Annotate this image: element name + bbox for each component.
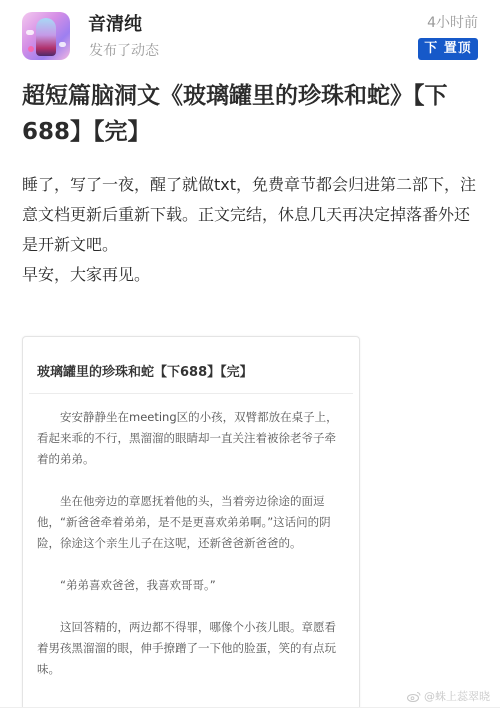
- post-body: 睡了，写了一夜，醒了就做txt，免费章节都会归进第二部下，注意文档更新后重新下载…: [22, 170, 482, 290]
- avatar-cloud-icon: [59, 42, 66, 47]
- document-title: 玻璃罐里的珍珠和蛇【下688】【完】: [37, 361, 253, 380]
- avatar-figure-icon: [36, 18, 56, 56]
- document-paragraph: 这回答精的，两边都不得罪，哪像个小孩儿眼。章愿看着男孩黑溜溜的眼，伸手撩蹭了一下…: [37, 617, 343, 680]
- timestamp: 4小时前: [427, 12, 478, 32]
- post-title: 超短篇脑洞文《玻璃罐里的珍珠和蛇》【下688】【完】: [22, 78, 482, 150]
- post-action-label: 发布了动态: [89, 40, 159, 60]
- document-paragraph: “弟弟喜欢爸爸，我喜欢哥哥。”: [37, 575, 343, 596]
- weibo-post-page: 音清纯 发布了动态 4小时前 下 置顶 超短篇脑洞文《玻璃罐里的珍珠和蛇》【下6…: [0, 0, 500, 708]
- document-paragraph: 安安静静坐在meeting区的小孩，双臂都放在桌子上，看起来乖的不行，黑溜溜的眼…: [37, 407, 343, 470]
- watermark: @蛛上蕊翠晓: [407, 688, 490, 704]
- document-screenshot[interactable]: 玻璃罐里的珍珠和蛇【下688】【完】 安安静静坐在meeting区的小孩，双臂都…: [22, 336, 360, 708]
- post-header: 音清纯 发布了动态 4小时前 下 置顶: [0, 0, 500, 68]
- username[interactable]: 音清纯: [88, 10, 142, 36]
- avatar[interactable]: [22, 12, 70, 60]
- avatar-cloud-icon: [26, 30, 34, 35]
- document-paragraph: 坐在他旁边的章愿抚着他的头，当着旁边徐途的面逗他，“新爸爸牵着弟弟，是不是更喜欢…: [37, 491, 343, 554]
- weibo-icon: [407, 691, 421, 702]
- document-body: 安安静静坐在meeting区的小孩，双臂都放在桌子上，看起来乖的不行，黑溜溜的眼…: [37, 407, 343, 680]
- watermark-text: @蛛上蕊翠晓: [424, 688, 490, 704]
- avatar-heart-icon: [28, 46, 34, 52]
- post-paragraph: 睡了，写了一夜，醒了就做txt，免费章节都会归进第二部下，注意文档更新后重新下载…: [22, 170, 482, 260]
- post-paragraph: 早安，大家再见。: [22, 260, 482, 290]
- unpin-button[interactable]: 下 置顶: [418, 38, 478, 60]
- divider: [29, 393, 353, 394]
